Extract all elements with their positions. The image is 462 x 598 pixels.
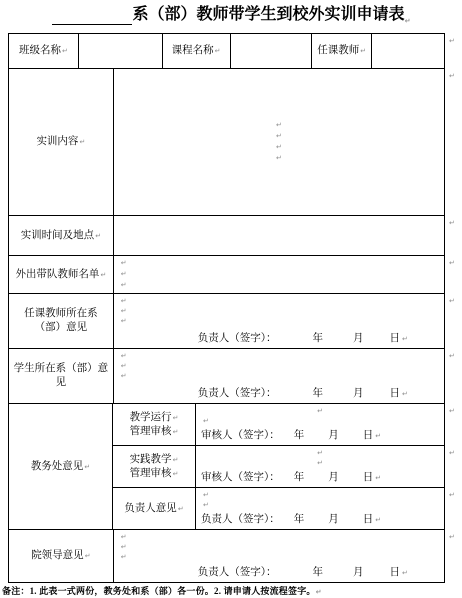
teaching-operation-review-label: 教学运行↵ 管理审核↵ — [113, 404, 196, 446]
paragraph-mark-icon: ↵ — [203, 492, 209, 499]
teaching-operation-review-input[interactable]: ↵ ↵ 审核人（签字）： 年 月 日 ↵ — [196, 404, 445, 446]
student-dept-opinion-label: 学生所在系（部）意见 — [9, 349, 114, 404]
paragraph-mark-icon: ↵ — [317, 408, 323, 415]
sign-label: 负责人（签字）： — [198, 566, 277, 580]
office-head-opinion-label: 负责人意见↵ — [113, 488, 196, 530]
paragraph-mark-icon: ↵ — [402, 570, 408, 577]
sign-label: 负责人（签字）： — [201, 513, 280, 527]
month-label: 月 — [353, 387, 364, 401]
paragraph-mark-icon: ↵ — [121, 308, 127, 315]
class-name-input[interactable] — [79, 34, 163, 69]
day-label: 日 — [363, 471, 374, 485]
row-end-mark-icon: ↵ — [449, 534, 455, 541]
training-content-input[interactable]: ↵ ↵ ↵ ↵ — [114, 69, 445, 216]
paragraph-mark-icon: ↵ — [121, 260, 127, 267]
paragraph-mark-icon: ↵ — [121, 271, 127, 278]
day-label: 日 — [390, 332, 401, 346]
footer-note: 备注：1. 此表一式两份，教务处和系（部）各一份。2. 请申请人按流程签字。↵ — [2, 584, 322, 597]
sign-label: 负责人（签字）： — [198, 332, 277, 346]
paragraph-mark-icon: ↵ — [121, 554, 127, 561]
student-dept-opinion-row: 学生所在系（部）意见 ↵ ↵ ↵ 负责人（签字）： 年 月 日 ↵ — [9, 349, 445, 404]
sign-label: 审核人（签字）： — [201, 429, 280, 443]
paragraph-mark-icon: ↵ — [85, 552, 91, 560]
time-place-input[interactable] — [114, 216, 445, 256]
year-label: 年 — [294, 513, 305, 527]
year-label: 年 — [294, 429, 305, 443]
leader-sign-line: 负责人（签字）： 年 月 日 ↵ — [114, 566, 444, 582]
teacher-list-input[interactable]: ↵ ↵ ↵ — [114, 256, 445, 294]
month-label: 月 — [328, 513, 339, 527]
teacher-dept-opinion-row: 任课教师所在系（部）意见 ↵ ↵ ↵ 负责人（签字）： 年 月 日 ↵ — [9, 294, 445, 349]
row-end-mark-icon: ↵ — [449, 298, 455, 305]
paragraph-mark-icon: ↵ — [276, 122, 282, 129]
paragraph-mark-icon: ↵ — [100, 271, 106, 279]
sign-label: 负责人（签字）： — [198, 387, 277, 401]
year-label: 年 — [313, 387, 324, 401]
student-dept-opinion-input[interactable]: ↵ ↵ ↵ 负责人（签字）： 年 月 日 ↵ — [114, 349, 445, 404]
row-end-mark-icon: ↵ — [449, 492, 455, 499]
practical-teaching-review-row: 实践教学↵ 管理审核↵ ↵ ↵ 审核人（签字）： 年 月 日 — [113, 446, 445, 488]
course-name-input[interactable] — [231, 34, 313, 69]
year-label: 年 — [313, 566, 324, 580]
month-label: 月 — [353, 332, 364, 346]
paragraph-mark-icon: ↵ — [203, 502, 209, 509]
paragraph-mark-icon: ↵ — [121, 534, 127, 541]
day-label: 日 — [390, 387, 401, 401]
paragraph-mark-icon: ↵ — [215, 47, 221, 55]
row-end-mark-icon: ↵ — [449, 38, 455, 45]
paragraph-mark-icon: ↵ — [276, 133, 282, 140]
paragraph-mark-icon: ↵ — [173, 470, 179, 478]
paragraph-mark-icon: ↵ — [121, 282, 127, 289]
paragraph-mark-icon: ↵ — [121, 544, 127, 551]
row-end-mark-icon: ↵ — [449, 408, 455, 415]
row-end-mark-icon: ↵ — [449, 220, 455, 227]
teaching-operation-review-row: 教学运行↵ 管理审核↵ ↵ ↵ 审核人（签字）： 年 月 日 — [113, 404, 445, 446]
teaching-operation-sign-line: 审核人（签字）： 年 月 日 ↵ — [196, 429, 444, 445]
row-end-mark-icon: ↵ — [449, 450, 455, 457]
day-label: 日 — [363, 429, 374, 443]
page-title: 系（部）教师带学生到校外实训申请表 — [133, 5, 405, 25]
training-content-label: 实训内容↵ — [9, 69, 114, 216]
paragraph-mark-icon: ↵ — [121, 373, 127, 380]
paragraph-mark-icon: ↵ — [375, 433, 381, 440]
leader-opinion-label: 院领导意见↵ — [9, 530, 114, 583]
time-place-row: 实训时间及地点↵ — [9, 216, 445, 256]
academic-office-label: 教务处意见↵ — [9, 404, 113, 530]
application-form-table: 班级名称↵ 课程名称↵ 任课教师↵ 实训内容↵ ↵ ↵ ↵ ↵ — [8, 33, 445, 583]
training-content-row: 实训内容↵ ↵ ↵ ↵ ↵ — [9, 69, 445, 216]
paragraph-mark-icon: ↵ — [276, 155, 282, 162]
paragraph-mark-icon: ↵ — [375, 517, 381, 524]
row-end-mark-icon: ↵ — [449, 73, 455, 80]
office-head-opinion-row: 负责人意见↵ ↵ ↵ 负责人（签字）： 年 月 日 ↵ — [113, 488, 445, 530]
academic-office-subrows: 教学运行↵ 管理审核↵ ↵ ↵ 审核人（签字）： 年 月 日 — [113, 404, 445, 530]
day-label: 日 — [390, 566, 401, 580]
document-page: 系（部）教师带学生到校外实训申请表 ↵ 班级名称↵ 课程名称↵ 任课教师↵ 实训… — [0, 0, 462, 598]
paragraph-mark-icon: ↵ — [121, 363, 127, 370]
paragraph-mark-icon: ↵ — [121, 353, 127, 360]
paragraph-mark-icon: ↵ — [402, 391, 408, 398]
row-end-mark-icon: ↵ — [449, 353, 455, 360]
class-name-label: 班级名称↵ — [9, 34, 79, 69]
paragraph-mark-icon: ↵ — [121, 318, 127, 325]
practical-teaching-sign-line: 审核人（签字）： 年 月 日 ↵ — [196, 471, 444, 487]
student-dept-sign-line: 负责人（签字）： 年 月 日 ↵ — [114, 387, 444, 403]
practical-teaching-review-label: 实践教学↵ 管理审核↵ — [113, 446, 196, 488]
year-label: 年 — [313, 332, 324, 346]
paragraph-mark-icon: ↵ — [402, 336, 408, 343]
paragraph-mark-icon: ↵ — [62, 47, 68, 55]
teacher-list-row: 外出带队教师名单↵ ↵ ↵ ↵ — [9, 256, 445, 294]
paragraph-mark-icon: ↵ — [360, 47, 366, 55]
paragraph-mark-icon: ↵ — [95, 232, 101, 240]
paragraph-mark-icon: ↵ — [196, 418, 209, 425]
header-fields-row: 班级名称↵ 课程名称↵ 任课教师↵ — [9, 34, 445, 69]
office-head-sign-line: 负责人（签字）： 年 月 日 ↵ — [196, 513, 444, 529]
paragraph-mark-icon: ↵ — [178, 505, 184, 513]
day-label: 日 — [363, 513, 374, 527]
academic-office-row: 教务处意见↵ 教学运行↵ 管理审核↵ ↵ ↵ 审核人（签字） — [9, 404, 445, 530]
paragraph-mark-icon: ↵ — [173, 456, 179, 464]
month-label: 月 — [353, 566, 364, 580]
office-head-opinion-input[interactable]: ↵ ↵ 负责人（签字）： 年 月 日 ↵ — [196, 488, 445, 530]
teacher-dept-opinion-label: 任课教师所在系（部）意见 — [9, 294, 114, 349]
page-title-row: 系（部）教师带学生到校外实训申请表 ↵ — [0, 5, 462, 25]
leader-opinion-input[interactable]: ↵ ↵ ↵ 负责人（签字）： 年 月 日 ↵ — [114, 530, 445, 583]
paragraph-mark-icon: ↵ — [173, 428, 179, 436]
teacher-name-label: 任课教师↵ — [312, 34, 372, 69]
title-blank-underline[interactable] — [52, 10, 132, 25]
paragraph-mark-icon: ↵ — [276, 144, 282, 151]
teacher-dept-opinion-input[interactable]: ↵ ↵ ↵ 负责人（签字）： 年 月 日 ↵ — [114, 294, 445, 349]
year-label: 年 — [294, 471, 305, 485]
paragraph-mark-icon: ↵ — [79, 138, 85, 146]
teacher-dept-sign-line: 负责人（签字）： 年 月 日 ↵ — [114, 332, 444, 348]
practical-teaching-review-input[interactable]: ↵ ↵ 审核人（签字）： 年 月 日 ↵ — [196, 446, 445, 488]
month-label: 月 — [328, 429, 339, 443]
paragraph-mark-icon: ↵ — [173, 414, 179, 422]
paragraph-mark-icon: ↵ — [317, 450, 323, 457]
paragraph-mark-icon: ↵ — [317, 460, 323, 467]
month-label: 月 — [328, 471, 339, 485]
teacher-name-input[interactable] — [372, 34, 445, 69]
paragraph-mark-icon: ↵ — [375, 475, 381, 482]
row-end-mark-icon: ↵ — [449, 260, 455, 267]
paragraph-mark-icon: ↵ — [84, 463, 90, 471]
paragraph-mark-icon: ↵ — [405, 18, 411, 25]
paragraph-mark-icon: ↵ — [316, 588, 322, 596]
sign-label: 审核人（签字）： — [201, 471, 280, 485]
paragraph-mark-icon: ↵ — [121, 298, 127, 305]
time-place-label: 实训时间及地点↵ — [9, 216, 114, 256]
course-name-label: 课程名称↵ — [163, 34, 231, 69]
leader-opinion-row: 院领导意见↵ ↵ ↵ ↵ 负责人（签字）： 年 月 日 ↵ — [9, 530, 445, 583]
teacher-list-label: 外出带队教师名单↵ — [9, 256, 114, 294]
